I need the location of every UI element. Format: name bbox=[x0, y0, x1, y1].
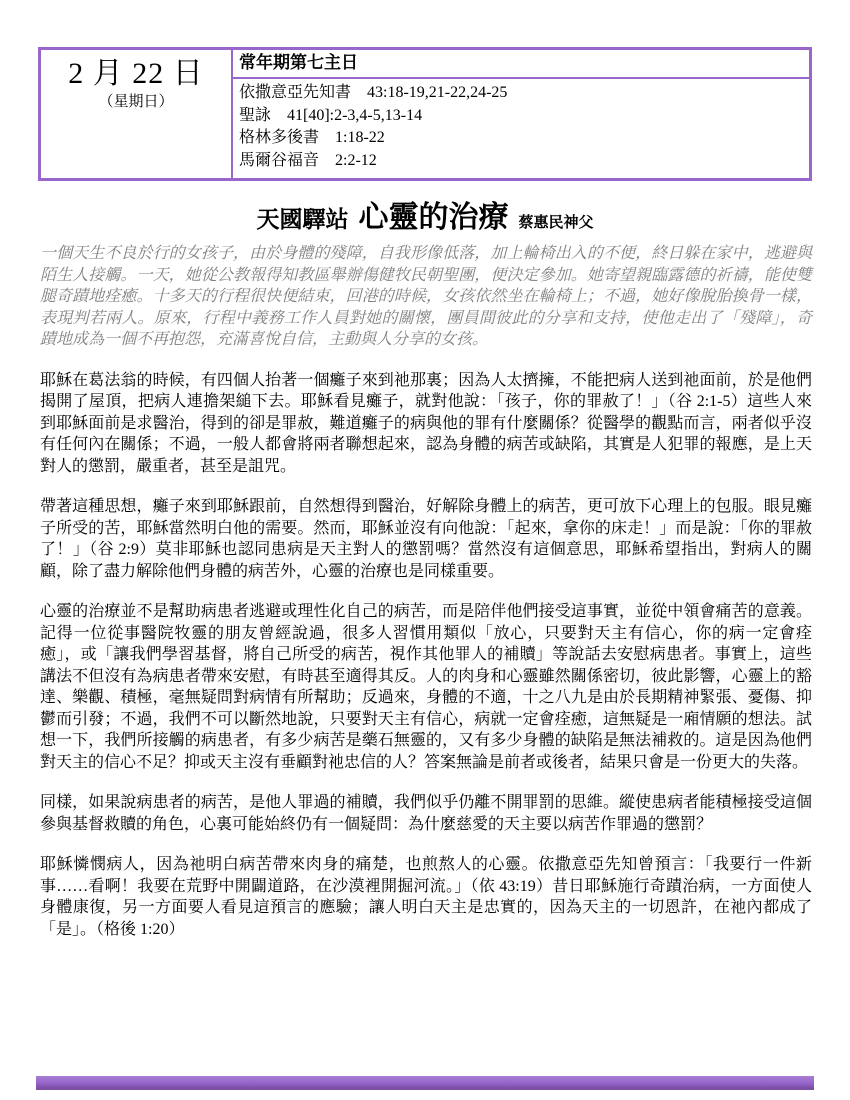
body-paragraph-1: 耶穌在葛法翁的時候，有四個人抬著一個癱子來到祂那裏；因為人太擠擁，不能把病人送到… bbox=[40, 370, 812, 478]
author-name: 蔡惠民神父 bbox=[518, 214, 593, 231]
reading-line-psalm: 聖詠 41[40]:2-3,4-5,13-14 bbox=[239, 105, 803, 128]
intro-paragraph: 一個天生不良於行的女孩子，由於身體的殘障，自我形像低落，加上輪椅出入的不便，終日… bbox=[40, 243, 812, 351]
reading-line-mark: 馬爾谷福音 2:2-12 bbox=[239, 150, 803, 173]
article-body: 一個天生不良於行的女孩子，由於身體的殘障，自我形像低落，加上輪椅出入的不便，終日… bbox=[40, 243, 812, 959]
series-title: 天國驛站 bbox=[256, 206, 348, 232]
feast-title: 常年期第七主日 bbox=[233, 50, 809, 79]
body-paragraph-5: 耶穌憐憫病人，因為祂明白病苦帶來肉身的痛楚，也煎熬人的心靈。依撒意亞先知曾預言：… bbox=[40, 854, 812, 940]
reading-line-corinthians: 格林多後書 1:18-22 bbox=[239, 127, 803, 150]
liturgical-header-table: 2 月 22 日 （星期日） 常年期第七主日 依撒意亞先知書 43:18-19,… bbox=[38, 47, 812, 181]
body-paragraph-2: 帶著這種思想，癱子來到耶穌跟前，自然想得到醫治，好解除身體上的病苦，更可放下心理… bbox=[40, 496, 812, 582]
bulletin-page: 2 月 22 日 （星期日） 常年期第七主日 依撒意亞先知書 43:18-19,… bbox=[0, 0, 850, 1100]
body-paragraph-3: 心靈的治療並不是幫助病患者逃避或理性化自己的病苦，而是陪伴他們接受這事實，並從中… bbox=[40, 601, 812, 773]
date-cell: 2 月 22 日 （星期日） bbox=[41, 50, 233, 178]
reading-line-isaiah: 依撒意亞先知書 43:18-19,21-22,24-25 bbox=[239, 82, 803, 105]
article-title-row: 天國驛站心靈的治療蔡惠民神父 bbox=[0, 192, 850, 236]
weekday-text: （星期日） bbox=[98, 92, 173, 112]
footer-divider-bar bbox=[36, 1076, 814, 1090]
body-paragraph-4: 同樣，如果說病患者的病苦，是他人罪過的補贖，我們似乎仍離不開罪罰的思維。縱使患病… bbox=[40, 792, 812, 835]
page-title: 心靈的治療 bbox=[358, 201, 508, 234]
readings-list: 依撒意亞先知書 43:18-19,21-22,24-25 聖詠 41[40]:2… bbox=[233, 79, 809, 178]
header-right-column: 常年期第七主日 依撒意亞先知書 43:18-19,21-22,24-25 聖詠 … bbox=[233, 50, 809, 178]
date-text: 2 月 22 日 bbox=[68, 57, 204, 91]
